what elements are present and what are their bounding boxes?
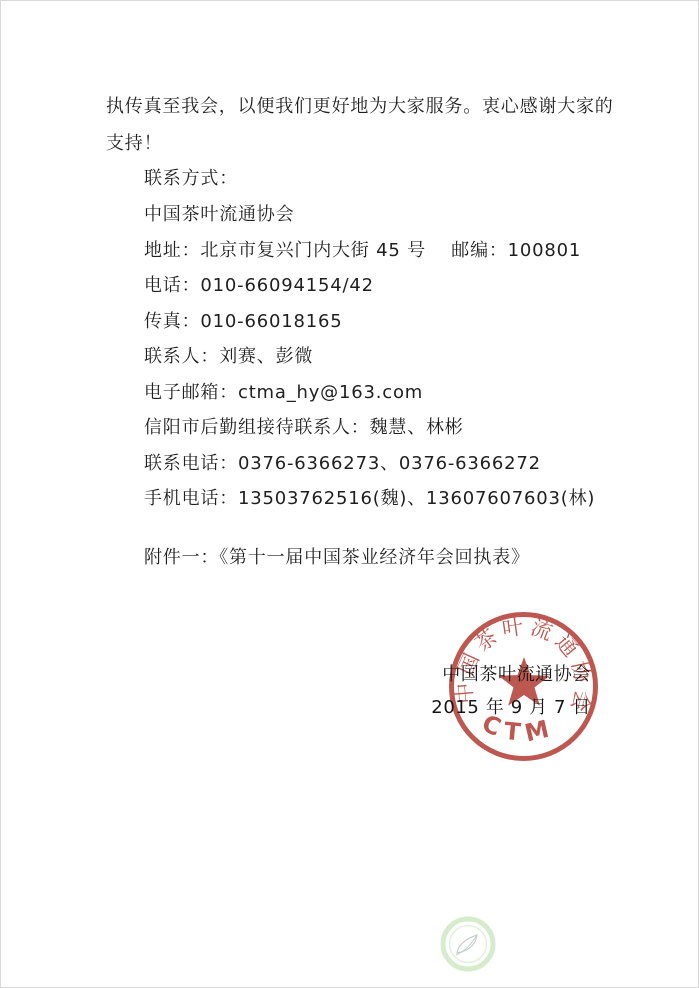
ctma-seal-stamp: 中国茶叶流通协会 CTMA	[443, 606, 603, 766]
document-page: 执传真至我会，以便我们更好地为大家服务。衷心感谢大家的 支持！ 联系方式： 中国…	[0, 0, 699, 988]
contact-persons-line: 联系人：刘赛、彭微	[144, 346, 313, 368]
intro-line-2: 支持！	[106, 133, 162, 155]
leaf-icon	[457, 935, 477, 953]
org-name-line: 中国茶叶流通协会	[144, 204, 294, 226]
intro-line-1: 执传真至我会，以便我们更好地为大家服务。衷心感谢大家的	[106, 96, 614, 118]
signature-date: 2015 年 9 月 7 日	[431, 698, 591, 718]
address-line: 地址：北京市复兴门内大街 45 号 邮编：100801	[144, 240, 581, 262]
tea-leaf-watermark	[438, 914, 498, 974]
watermark-outer-ring	[443, 919, 493, 969]
email-line: 电子邮箱：ctma_hy@163.com	[144, 382, 423, 404]
phone-line: 电话：010-66094154/42	[144, 275, 374, 297]
xinyang-phone-line: 联系电话：0376-6366273、0376-6366272	[144, 453, 541, 475]
fax-line: 传真：010-66018165	[144, 311, 342, 333]
attachment-note: 附件一：《第十一届中国茶业经济年会回执表》	[144, 547, 530, 569]
xinyang-contacts-line: 信阳市后勤组接待联系人：魏慧、林彬	[144, 417, 464, 439]
watermark-inner-ring	[450, 926, 487, 963]
contact-heading: 联系方式：	[144, 168, 238, 190]
signature-organization: 中国茶叶流通协会	[442, 665, 591, 685]
mobile-phone-line: 手机电话：13503762516(魏)、13607607603(林)	[144, 488, 595, 510]
